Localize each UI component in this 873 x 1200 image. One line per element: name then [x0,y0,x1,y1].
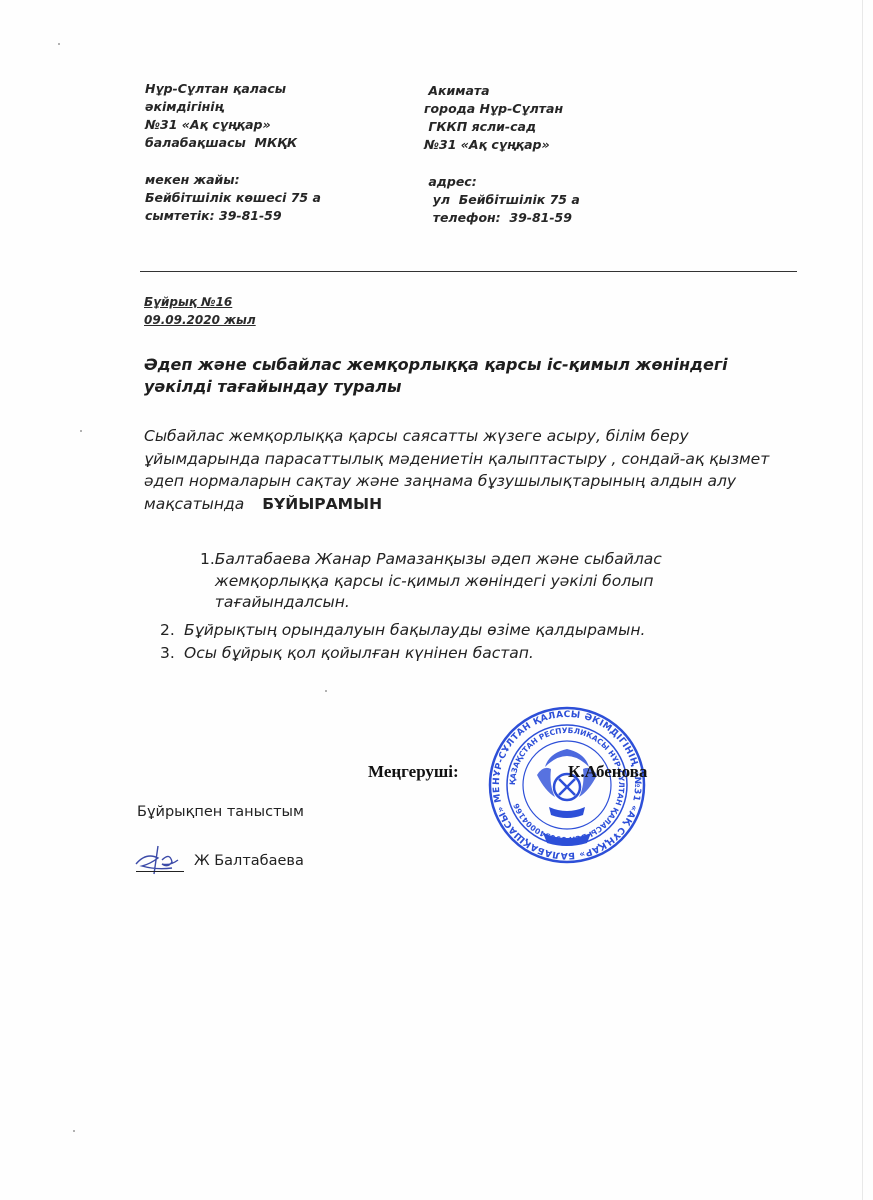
order-meta: Бұйрық №16 09.09.2020 жыл [144,293,256,329]
phone: телефон: 39-81-59 [424,209,580,227]
phone: сымтетік: 39-81-59 [145,207,321,225]
svg-text:ҚАЗАҚСТАН РЕСПУБЛИКАСЫ НҰР-СҰЛ: ҚАЗАҚСТАН РЕСПУБЛИКАСЫ НҰР-СҰЛТАН ҚАЛАСЫ… [508,726,626,844]
signature-line [136,871,184,872]
document-title: Әдеп және сыбайлас жемқорлыққа қарсы іс-… [144,354,794,398]
item-text: Балтабаева Жанар Рамазанқызы әдеп және с… [215,549,760,614]
scan-speck [58,43,60,45]
official-stamp-icon: НҰР-СҰЛТАН ҚАЛАСЫ ӘКІМДІГІНІҢ «№31 «АҚ С… [487,705,647,865]
org-line: әкімдігінің [145,98,321,116]
address-label: мекен жайы: [145,171,321,189]
order-date: 09.09.2020 жыл [144,311,256,329]
header-russian: Акимата города Нұр-Сұлтан ГККП ясли-сад … [424,82,580,227]
acknowledged-by-name: Ж Балтабаева [194,853,304,869]
scan-speck [73,1130,75,1132]
signatory-name: К.Абенова [568,762,647,782]
address-value: Бейбітшілік көшесі 75 а [145,189,321,207]
org-line: ГККП ясли-сад [424,118,580,136]
org-line: балабақшасы МКҚК [145,134,321,152]
item-text: Бұйрықтың орындалуын бақылауды өзіме қал… [184,620,645,642]
preamble-keyword: БҰЙЫРАМЫН [262,495,382,513]
signatory-role: Меңгеруші: [368,762,459,782]
address-label: адрес: [424,173,580,191]
org-line: №31 «Ақ сұңқар» [145,116,321,134]
acknowledgement-label: Бұйрықпен таныстым [137,804,304,820]
list-item: 1. Балтабаева Жанар Рамазанқызы әдеп жән… [200,549,760,614]
list-item: 3. Осы бұйрық қол қойылған күнінен баста… [160,643,534,665]
item-number: 3. [160,643,184,665]
header-divider [140,271,797,272]
order-number: Бұйрық №16 [144,293,256,311]
item-text: Осы бұйрық қол қойылған күнінен бастап. [184,643,534,665]
list-item: 2. Бұйрықтың орындалуын бақылауды өзіме … [160,620,645,642]
org-line: Нұр-Сұлтан қаласы [145,80,321,98]
preamble: Сыбайлас жемқорлыққа қарсы саясатты жүзе… [144,425,794,515]
header-kazakh: Нұр-Сұлтан қаласы әкімдігінің №31 «Ақ сұ… [145,80,321,225]
org-line: №31 «Ақ сұңқар» [424,136,580,154]
address-value: ул Бейбітшілік 75 а [424,191,580,209]
scan-speck [80,430,82,432]
page-edge [862,0,863,1200]
document-page: Нұр-Сұлтан қаласы әкімдігінің №31 «Ақ сұ… [0,0,873,1200]
org-line: Акимата [424,82,580,100]
preamble-text: Сыбайлас жемқорлыққа қарсы саясатты жүзе… [144,427,769,513]
scan-speck [325,690,327,692]
item-number: 2. [160,620,184,642]
item-number: 1. [200,549,215,614]
org-line: города Нұр-Сұлтан [424,100,580,118]
